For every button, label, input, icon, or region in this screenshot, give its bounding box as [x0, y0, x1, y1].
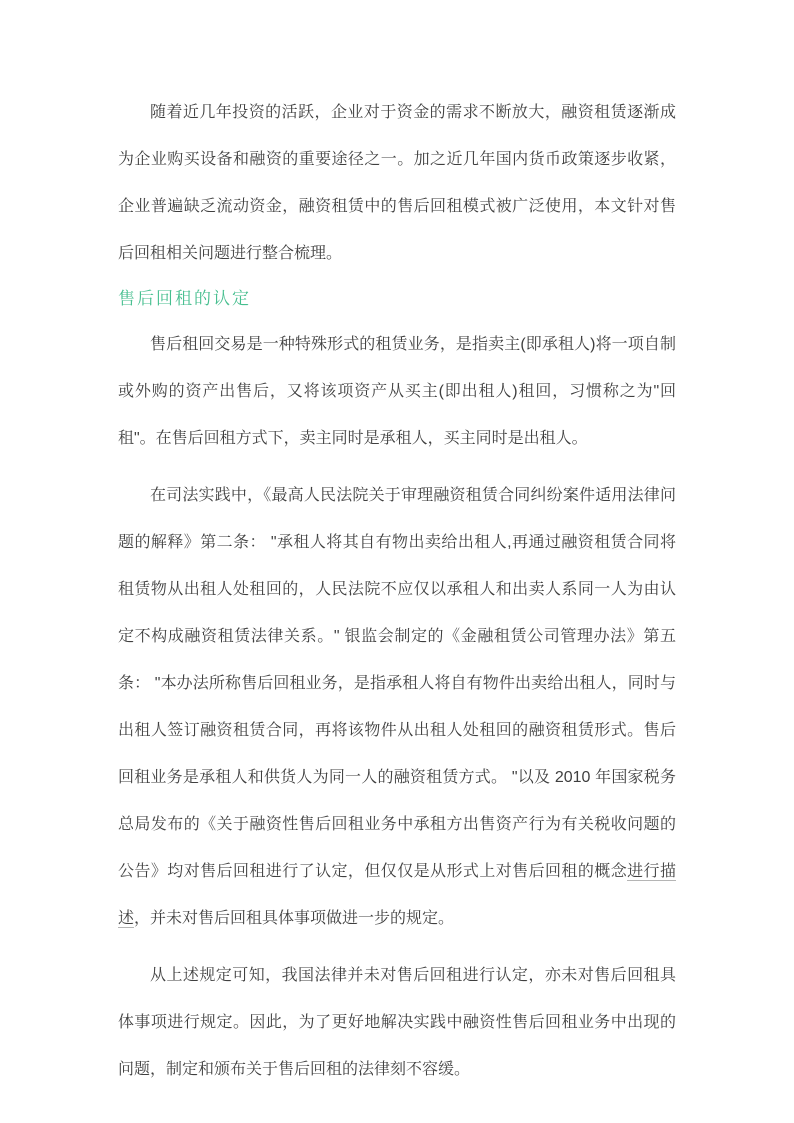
section-heading: 售后回租的认定: [118, 287, 676, 311]
conclusion-paragraph: 从上述规定可知，我国法律并未对售后回租进行认定，亦未对售后回租具体事项进行规定。…: [118, 952, 676, 1093]
regulations-paragraph: 在司法实践中，《最高人民法院关于审理融资租赁合同纠纷案件适用法律问题的解释》第二…: [118, 472, 676, 942]
regulations-text-after: ，并未对售后回租具体事项做进一步的规定。: [134, 910, 454, 927]
regulations-text-before: 在司法实践中，《最高人民法院关于审理融资租赁合同纠纷案件适用法律问题的解释》第二…: [118, 487, 676, 880]
document-page: 随着近几年投资的活跃，企业对于资金的需求不断放大，融资租赁逐渐成为企业购买设备和…: [118, 0, 676, 1093]
intro-paragraph: 随着近几年投资的活跃，企业对于资金的需求不断放大，融资租赁逐渐成为企业购买设备和…: [118, 89, 676, 277]
definition-paragraph: 售后租回交易是一种特殊形式的租赁业务，是指卖主(即承租人)将一项自制或外购的资产…: [118, 321, 676, 462]
